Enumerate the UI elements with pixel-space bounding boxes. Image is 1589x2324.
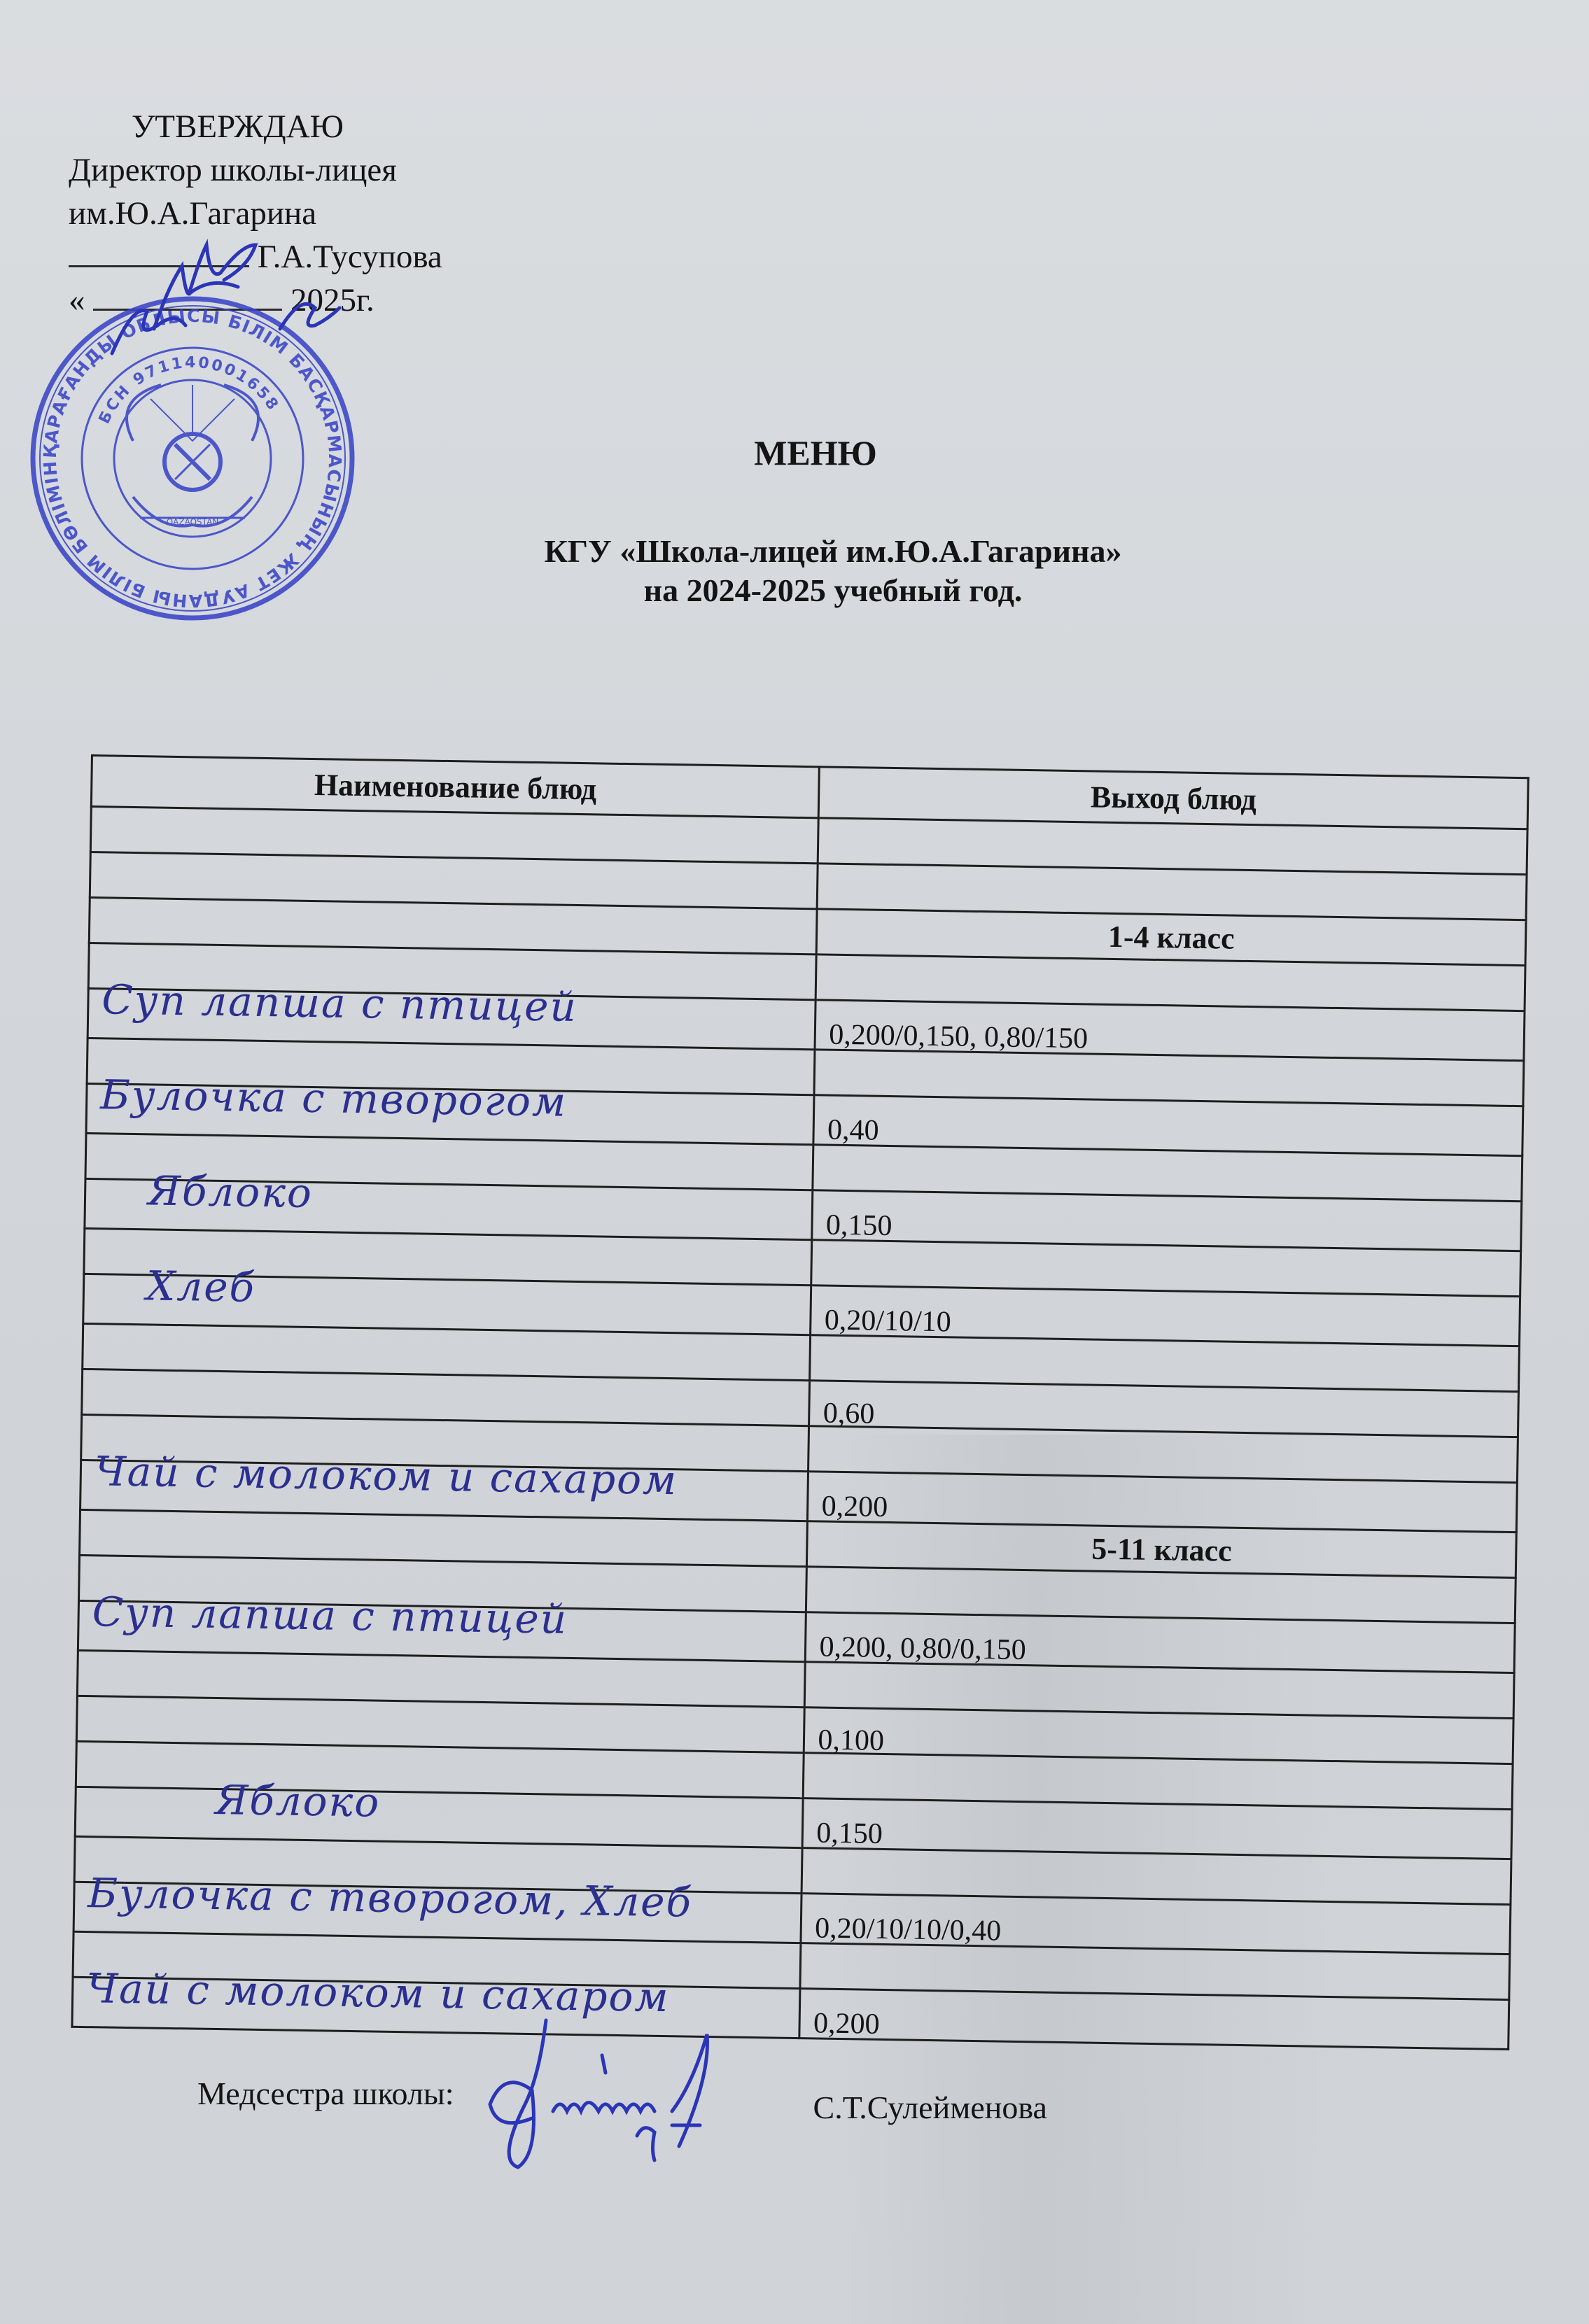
- portion-cell: 0,20/10/10: [811, 1286, 1520, 1346]
- organization-name: КГУ «Школа-лицей им.Ю.А.Гагарина»: [448, 532, 1218, 571]
- handwritten-dish-name: Булочка с творогом: [100, 1071, 568, 1125]
- handwritten-dish-name: Хлеб: [97, 1261, 256, 1311]
- stamp-bin-text: БСН 971140001658: [96, 354, 283, 427]
- portion-value: 0,200, 0,80/0,150: [819, 1631, 1026, 1667]
- nurse-name: С.Т.Сулейменова: [813, 2090, 1047, 2125]
- menu-table: Наименование блюд Выход блюд 1-4 классСу…: [71, 754, 1529, 2050]
- approval-position-line1: Директор школы-лицея: [69, 148, 442, 192]
- portion-value: 0,200: [821, 1491, 888, 1523]
- handwritten-dish-name: Чай с молоком и сахаром: [94, 1447, 678, 1504]
- approval-position-line2: им.Ю.А.Гагарина: [69, 192, 442, 235]
- portion-value: 0,20/10/10/0,40: [815, 1912, 1002, 1947]
- nurse-signature: [462, 2076, 805, 2104]
- handwritten-dish-name: Булочка с творогом, Хлеб: [87, 1869, 693, 1927]
- portion-cell: 0,200: [799, 1989, 1509, 2050]
- nurse-label: Медсестра школы:: [197, 2076, 454, 2111]
- portion-value: 0,150: [826, 1209, 892, 1242]
- menu-title: МЕНЮ: [0, 432, 1589, 473]
- portion-cell: 0,200, 0,80/0,150: [806, 1612, 1515, 1673]
- menu-table-body: 1-4 классСуп лапша с птицей0,200/0,150, …: [72, 807, 1527, 2050]
- handwritten-dish-name: Суп лапша с птицей: [92, 1588, 568, 1643]
- portion-value: 0,200: [813, 2007, 880, 2040]
- organization-title: КГУ «Школа-лицей им.Ю.А.Гагарина» на 202…: [448, 532, 1218, 610]
- portion-value: 0,100: [818, 1724, 884, 1756]
- portion-value: 0,20/10/10: [825, 1304, 952, 1339]
- stamp-emblem-label: QAZAQSTAN: [167, 517, 219, 527]
- handwritten-dish-name: Суп лапша с птицей: [101, 976, 577, 1031]
- director-signature: [105, 231, 371, 357]
- approval-heading: УТВЕРЖДАЮ: [69, 105, 442, 148]
- portion-value: 0,150: [816, 1817, 883, 1850]
- portion-cell: 0,20/10/10/0,40: [801, 1894, 1511, 1955]
- handwritten-dish-name: Яблоко: [89, 1774, 381, 1826]
- svg-text:БСН 971140001658: БСН 971140001658: [96, 354, 283, 427]
- school-year: на 2024-2025 учебный год.: [448, 571, 1218, 610]
- nurse-signature-block: Медсестра школы: С.Т.Сулейменова: [197, 2075, 1047, 2112]
- portion-value: 0,60: [822, 1397, 874, 1430]
- portion-cell: 0,200/0,150, 0,80/150: [815, 1000, 1525, 1061]
- portion-value: 0,40: [827, 1114, 879, 1147]
- handwritten-dish-name: Яблоко: [99, 1166, 314, 1217]
- portion-value: 0,200/0,150, 0,80/150: [829, 1019, 1088, 1055]
